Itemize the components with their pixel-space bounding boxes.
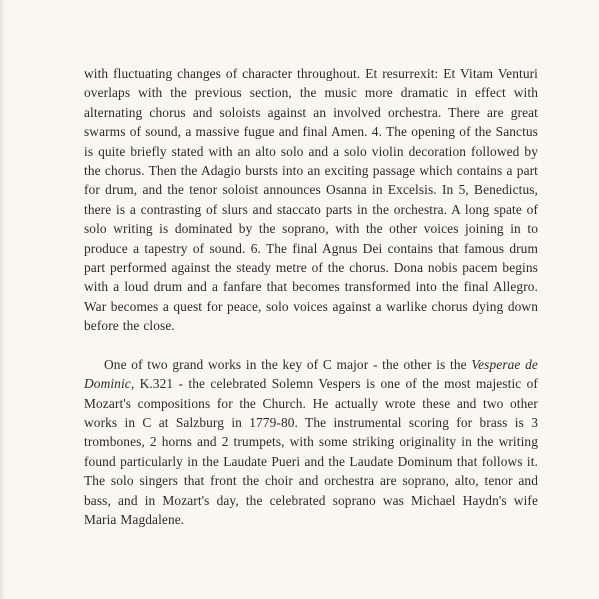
document-page: with fluctuating changes of character th… <box>84 64 538 529</box>
paragraph-mass-movements: with fluctuating changes of character th… <box>84 64 538 336</box>
paragraph-text-rest: K.321 - the celebrated Solemn Vespers is… <box>84 376 538 527</box>
page-edge-shadow <box>0 0 4 599</box>
paragraph-text-start: One of two grand works in the key of C m… <box>104 357 471 372</box>
paragraph-solemn-vespers: One of two grand works in the key of C m… <box>84 355 538 530</box>
